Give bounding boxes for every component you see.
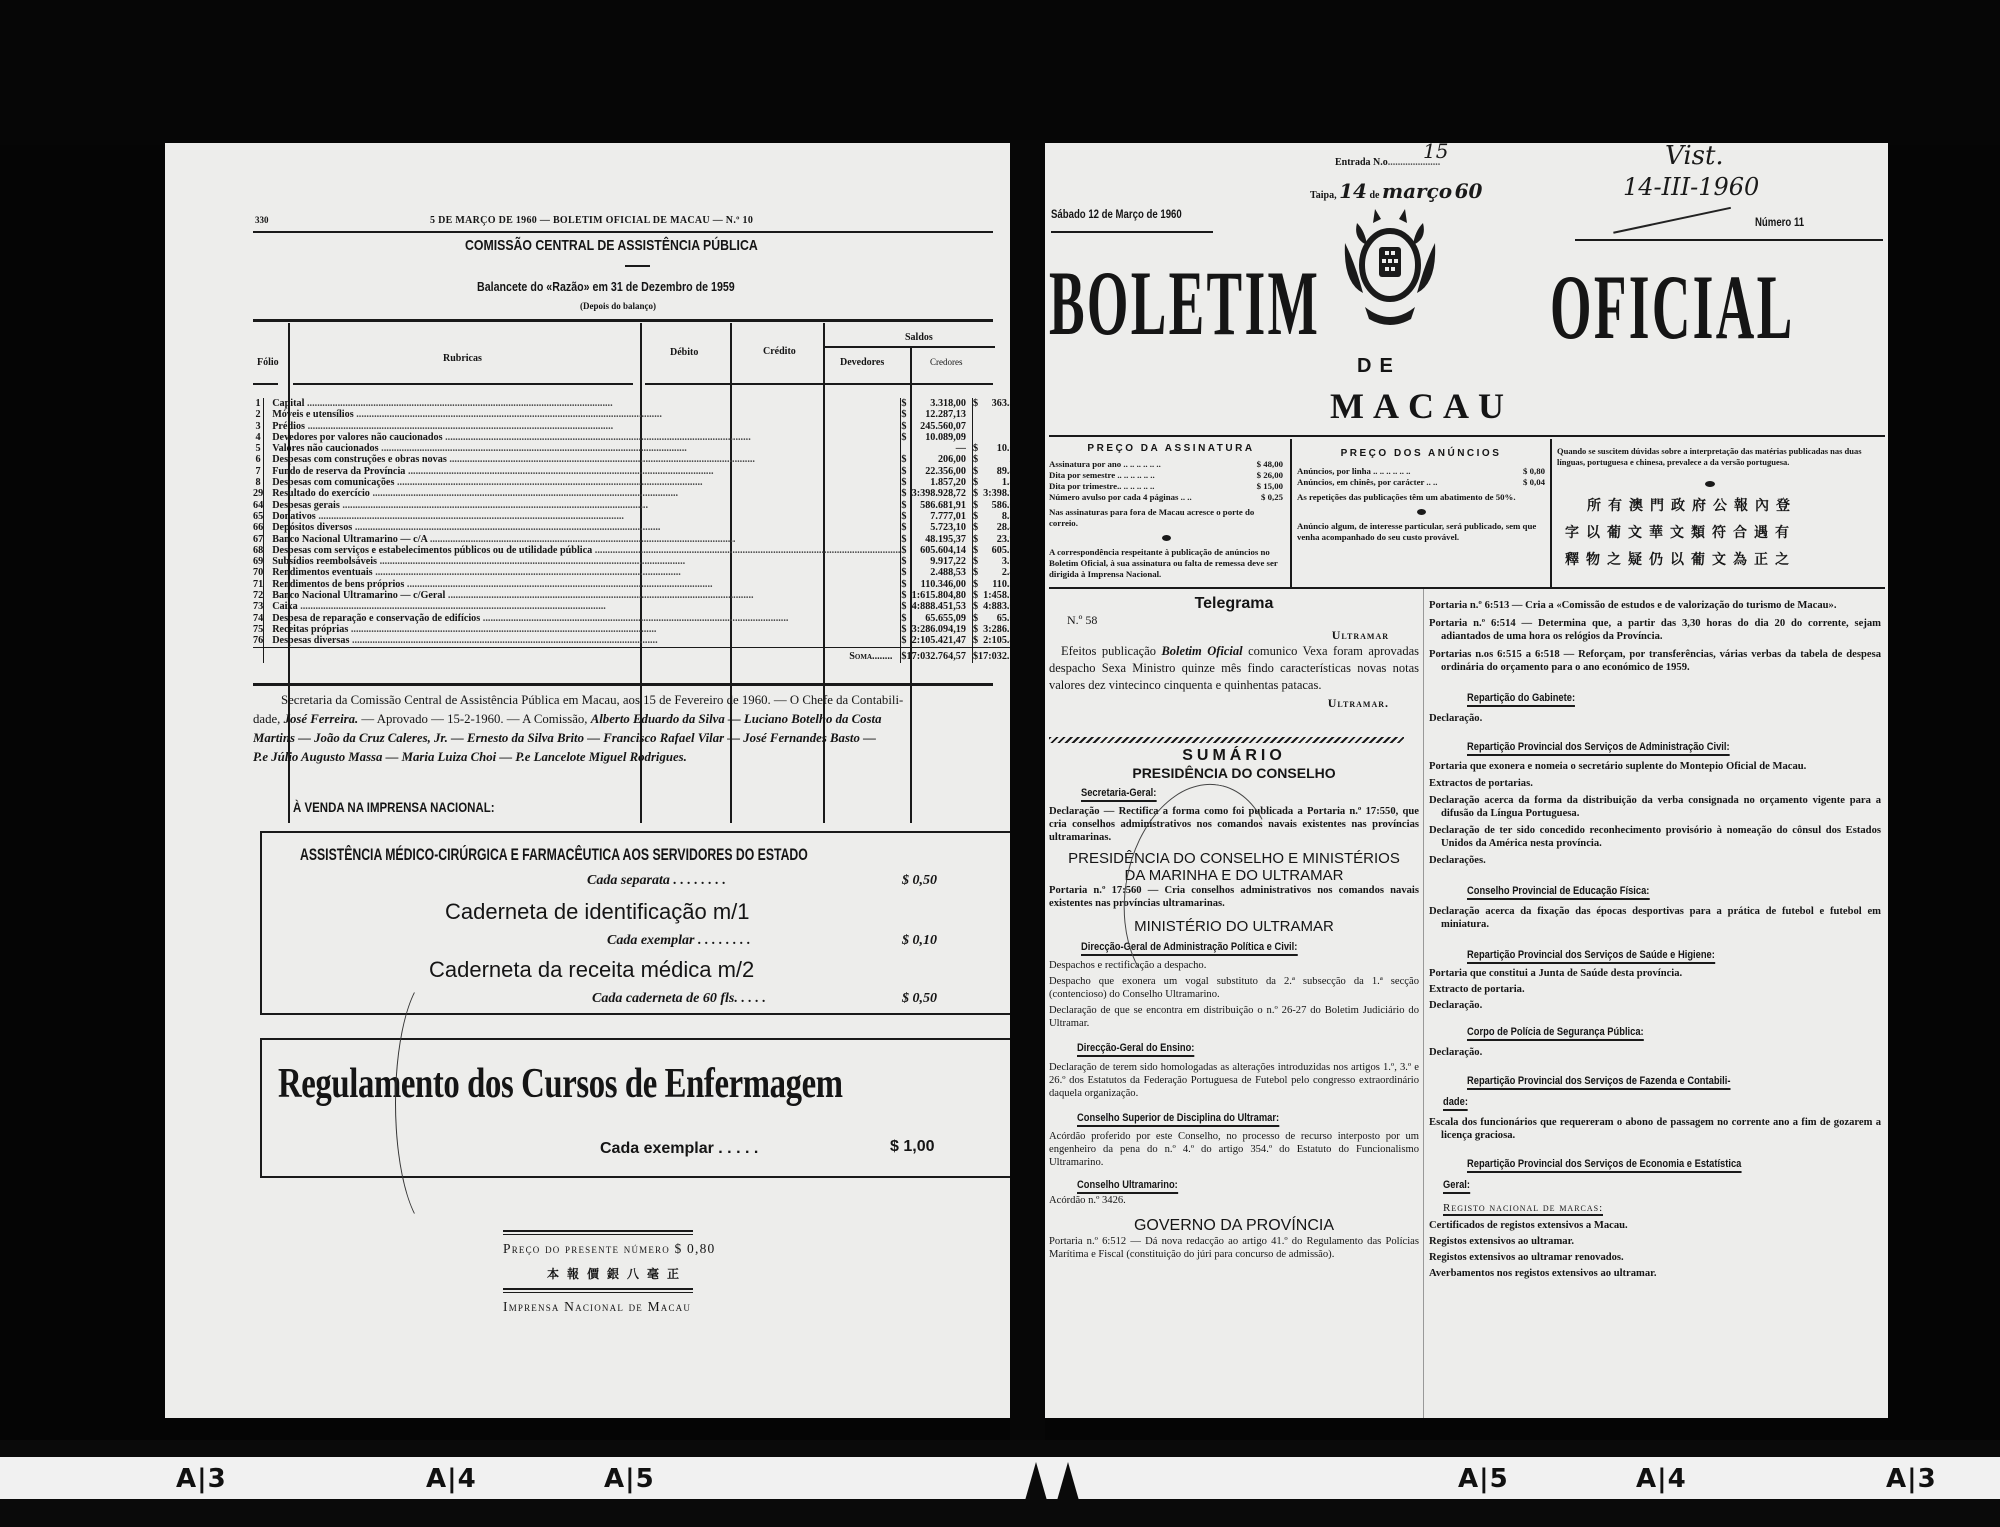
credito-cell: 4:883.689,14 xyxy=(978,601,1010,612)
summary-item: Declaração. xyxy=(1429,999,1881,1012)
debito-cell: 2.488,53 xyxy=(907,567,973,578)
issue-number: Número 11 xyxy=(1755,215,1804,229)
issue-date: Sábado 12 de Março de 1960 xyxy=(1051,207,1182,221)
leader-dots: ........................................… xyxy=(404,579,712,590)
table-row: 69Subsídios reembolsáveis ..............… xyxy=(253,556,1010,567)
rule xyxy=(645,383,993,385)
subsection-heading: Conselho Superior de Disciplina do Ultra… xyxy=(1077,1112,1279,1127)
issue-price-chinese: 本報價銀八毫正 xyxy=(547,1265,687,1282)
summary-item: Portaria n.º 6:512 — Dá nova redacção ao… xyxy=(1049,1235,1419,1261)
currency-cell: $ xyxy=(972,477,978,488)
price-row: Número avulso por cada 4 páginas .. ..$ … xyxy=(1049,492,1283,503)
price-row: Anúncios, por linha .. .. .. .. .. ..$ 0… xyxy=(1297,466,1545,477)
credito-cell: 28.489,60 xyxy=(978,522,1010,533)
folio-cell: 73 xyxy=(253,601,264,612)
debito-cell: 1.857,20 xyxy=(907,477,973,488)
currency-cell: $ xyxy=(901,398,907,409)
currency-cell: $ xyxy=(901,432,907,443)
box-note: Anúncio algum, de interesse particular, … xyxy=(1297,521,1545,543)
price-label: Anúncios, por linha .. .. .. .. .. .. xyxy=(1297,466,1411,477)
debito-cell: — xyxy=(907,443,973,454)
text: Caixa xyxy=(272,601,297,612)
subsection-heading: Repartição Provincial dos Serviços de Fa… xyxy=(1467,1075,1730,1090)
rubrica-cell: Despesas com construções e obras novas .… xyxy=(264,454,901,465)
currency-cell: $ xyxy=(972,454,978,465)
table-row: 29Resultado do exercício ...............… xyxy=(253,488,1010,499)
summary-item: Declaração de que se encontra em distrib… xyxy=(1049,1004,1419,1030)
currency-cell: $ xyxy=(972,534,978,545)
debito-cell: 206,00 xyxy=(907,454,973,465)
bullet xyxy=(1162,535,1171,541)
currency-cell: $ xyxy=(901,534,907,545)
summary-item: Portaria que constitui a Junta de Saúde … xyxy=(1429,967,1881,980)
subsection-heading: Repartição Provincial dos Serviços de Sa… xyxy=(1467,949,1715,964)
col-credito: Crédito xyxy=(763,346,796,357)
folio-cell: 4 xyxy=(253,432,264,443)
text: Valores não caucionados xyxy=(272,443,378,454)
table-row: 3Prédios ...............................… xyxy=(253,421,1010,432)
summary-item: Portarias n.os 6:515 a 6:518 — Reforçam,… xyxy=(1429,648,1881,674)
rule xyxy=(253,683,993,686)
folio-cell: 69 xyxy=(253,556,264,567)
folio-cell: 6 xyxy=(253,454,264,465)
subsection-heading: Repartição Provincial dos Serviços de Ad… xyxy=(1467,741,1730,756)
currency-cell: $ xyxy=(972,545,978,556)
credito-cell: 8.802,65 xyxy=(978,511,1010,522)
price-label: Cada separata . . . . . . . . xyxy=(587,873,726,889)
summary-item: Declaração. xyxy=(1429,1046,1881,1059)
credito-cell: 2.488,53 xyxy=(978,567,1010,578)
text: Alberto Eduardo da Silva — Luciano Botel… xyxy=(591,712,882,726)
debito-cell: 3.318,00 xyxy=(907,398,973,409)
summary-item: Declarações. xyxy=(1429,854,1881,867)
doc-title: Balancete do «Razão» em 31 de Dezembro d… xyxy=(477,279,735,294)
balance-table: 1Capital ...............................… xyxy=(253,398,1010,663)
currency-cell: $ xyxy=(972,488,978,499)
rubrica-cell: Depósitos diversos .....................… xyxy=(264,522,901,533)
currency-cell: $ xyxy=(901,590,907,601)
wavy-rule xyxy=(1049,737,1404,743)
masthead-oficial: OFICIAL xyxy=(1550,261,1795,353)
subsection-heading: dade: xyxy=(1443,1096,1468,1111)
stamp-date: Taipa, 14 de março 60 xyxy=(1310,179,1482,203)
credito-cell: 10.089,09 xyxy=(978,443,1010,454)
folio-cell: 72 xyxy=(253,590,264,601)
text: Boletim Oficial xyxy=(1161,644,1242,658)
price-label: Assinatura por ano .. .. .. .. .. .. xyxy=(1049,459,1161,470)
rule xyxy=(503,1234,693,1235)
telegram: Telegrama N.º 58 Ultramar Efeitos public… xyxy=(1049,595,1419,711)
table-row: 68Despesas com serviços e estabeleciment… xyxy=(253,545,1010,556)
price-row: Dita por trimestre.. .. .. .. .. ..$ 15,… xyxy=(1049,481,1283,492)
currency-cell: $ xyxy=(901,421,907,432)
entrada-number: 15 xyxy=(1423,143,1448,163)
rubrica-cell: Banco Nacional Ultramarino — c/A .......… xyxy=(264,534,901,545)
price-label: Cada exemplar . . . . . xyxy=(600,1140,758,1158)
text: de xyxy=(1369,190,1379,201)
language-note: Quando se suscitem dúvidas sobre a inter… xyxy=(1557,446,1882,468)
rule xyxy=(1550,439,1552,587)
price-value: $ 48,00 xyxy=(1257,459,1283,470)
leader-dots: ........................................… xyxy=(304,398,612,409)
credito-cell: 65.655,09 xyxy=(978,613,1010,624)
folio-cell: 1 xyxy=(253,398,264,409)
currency-cell: $ xyxy=(972,556,978,567)
subsection-heading: Conselho Ultramarino: xyxy=(1077,1179,1178,1194)
text: Despesas gerais xyxy=(272,500,340,511)
summary-item: Declaração de ter sido concedido reconhe… xyxy=(1429,824,1881,850)
paragraph-line: dade, José Ferreira. — Aprovado — 15-2-1… xyxy=(253,710,993,729)
ads-title: PREÇO DOS ANÚNCIOS xyxy=(1295,448,1547,459)
signature-paragraph: Secretaria da Comissão Central de Assist… xyxy=(253,691,993,767)
folio-cell: 29 xyxy=(253,488,264,499)
film-notch xyxy=(1024,1462,1048,1504)
leader-dots: ........................................… xyxy=(480,613,788,624)
text: Rendimentos eventuais xyxy=(272,567,372,578)
table-row: 66Depósitos diversos ...................… xyxy=(253,522,1010,533)
text: Móveis e utensílios xyxy=(272,409,354,420)
bullet xyxy=(1417,509,1426,515)
rule xyxy=(1049,435,1885,437)
summary-item: Registos extensivos ao ultramar renovado… xyxy=(1429,1251,1881,1264)
film-marker: A|4 xyxy=(1636,1464,1687,1494)
credito-cell: — xyxy=(978,432,1010,443)
table-row: 8Despesas com comunicações .............… xyxy=(253,477,1010,488)
debito-cell: 12.287,13 xyxy=(907,409,973,420)
text: Receitas próprias xyxy=(272,624,348,635)
section-heading: GOVERNO DA PROVÍNCIA xyxy=(1049,1217,1419,1235)
table-row: 1Capital ...............................… xyxy=(253,398,1010,409)
subsection-heading: Direcção-Geral do Ensino: xyxy=(1077,1042,1194,1057)
text: Banco Nacional Ultramarino — c/A xyxy=(272,534,427,545)
table-row: 4Devedores por valores não caucionados .… xyxy=(253,432,1010,443)
credito-cell: 206,00 xyxy=(978,454,1010,465)
rubrica-cell: Rendimentos eventuais ..................… xyxy=(264,567,901,578)
debito-cell: 48.195,37 xyxy=(907,534,973,545)
rule xyxy=(825,346,995,348)
masthead-boletim: BOLETIM xyxy=(1049,257,1320,349)
film-border-top xyxy=(0,0,2000,145)
telegram-from: Ultramar xyxy=(1049,628,1389,643)
right-page: Entrada N.o..................... 15 Taip… xyxy=(1045,143,1888,1418)
pen-mark xyxy=(395,973,475,1233)
credito-cell: 89.424,00 xyxy=(978,466,1010,477)
credito-cell: 23.967,86 xyxy=(978,534,1010,545)
total-row: Soma........$17:032.764,57$17:032.764,57… xyxy=(253,647,1010,663)
chinese-line: 所有澳門政府公報內登 xyxy=(1565,495,1797,515)
currency-cell: $ xyxy=(901,500,907,511)
credito-cell: 3:286.094,19 xyxy=(978,624,1010,635)
summary-item: Averbamentos nos registos extensivos ao … xyxy=(1429,1267,1881,1280)
rule xyxy=(1423,589,1424,1418)
leader-dots: ........................................… xyxy=(379,443,687,454)
rule xyxy=(503,1292,693,1293)
film-marker: A|5 xyxy=(604,1464,655,1494)
summary-item: Portaria n.º 6:513 — Cria a «Comissão de… xyxy=(1429,599,1881,612)
col-saldos: Saldos xyxy=(905,332,933,343)
price-row: Dita por semestre .. .. .. .. .. ..$ 26,… xyxy=(1049,470,1283,481)
debito-cell: 110.346,00 xyxy=(907,579,973,590)
ad-box-assistencia: ASSISTÊNCIA MÉDICO-CIRÚRGICA E FARMACÊUT… xyxy=(260,831,1010,1015)
handwritten-visto: Vist. xyxy=(1665,143,1724,171)
subsection-heading: Secretaria-Geral: xyxy=(1081,787,1156,802)
rubrica-cell: Despesas com serviços e estabelecimentos… xyxy=(264,545,901,556)
price-row: Assinatura por ano .. .. .. .. .. ..$ 48… xyxy=(1049,459,1283,470)
currency-cell: $ xyxy=(901,522,907,533)
leader-dots: ........................................… xyxy=(447,454,755,465)
chinese-line: 字以葡文華文類符合遇有 xyxy=(1565,522,1797,542)
bullet xyxy=(1705,481,1715,487)
credito-cell: 363.376,77 xyxy=(978,398,1010,409)
currency-cell: $ xyxy=(901,511,907,522)
rule xyxy=(503,1288,693,1290)
table-row: 76Despesas diversas ....................… xyxy=(253,635,1010,647)
masthead-de: DE xyxy=(1357,355,1401,378)
text: Subsídios reembolsáveis xyxy=(272,556,377,567)
rubrica-cell: Devedores por valores não caucionados ..… xyxy=(264,432,901,443)
rubrica-cell: Móveis e utensílios ....................… xyxy=(264,409,901,420)
price-label: Dita por semestre .. .. .. .. .. .. xyxy=(1049,470,1155,481)
text: Taipa, xyxy=(1310,190,1337,201)
col-devedores: Devedores xyxy=(840,357,884,368)
debito-cell: 2:105.421,47 xyxy=(907,635,973,647)
table-row: 75Receitas próprias ....................… xyxy=(253,624,1010,635)
total-debito: 17:032.764,57 xyxy=(907,647,973,663)
currency-cell: $ xyxy=(901,454,907,465)
rule xyxy=(1049,587,1885,589)
col-debito: Débito xyxy=(670,347,698,358)
price-value: $ 26,00 xyxy=(1257,470,1283,481)
text: — Aprovado — 15-2-1960. — A Comissão, xyxy=(358,712,590,726)
folio-cell: 76 xyxy=(253,635,264,647)
paragraph-line: Secretaria da Comissão Central de Assist… xyxy=(253,691,993,710)
summary-col-2: Portaria n.º 6:513 — Cria a «Comissão de… xyxy=(1429,595,1881,1280)
leader-dots: ........................................… xyxy=(377,556,685,567)
box-note: Nas assinaturas para fora de Macau acres… xyxy=(1049,507,1283,529)
debito-cell: 605.604,14 xyxy=(907,545,973,556)
table-row: 65Donativos ............................… xyxy=(253,511,1010,522)
subscription-title: PREÇO DA ASSINATURA xyxy=(1055,443,1287,454)
summary-title: SUMÁRIO xyxy=(1049,747,1419,765)
currency-cell: $ xyxy=(901,635,907,647)
summary-item: Escala dos funcionários que requereram o… xyxy=(1429,1116,1881,1142)
credito-cell: 2:105.421,47 xyxy=(978,635,1010,647)
price-label: Cada exemplar . . . . . . . . xyxy=(607,933,751,949)
subsection-heading: Repartição do Gabinete: xyxy=(1467,692,1575,707)
folio-cell xyxy=(253,647,264,663)
currency-cell: $ xyxy=(901,624,907,635)
price-label: Cada caderneta de 60 fls. . . . . xyxy=(592,991,766,1007)
debito-cell: 22.356,00 xyxy=(907,466,973,477)
film-marker-strip xyxy=(0,1457,2000,1499)
currency-cell: $ xyxy=(901,613,907,624)
telegram-signature: Ultramar. xyxy=(1049,696,1389,711)
currency-cell: $ xyxy=(972,590,978,601)
table-row: 6Despesas com construções e obras novas … xyxy=(253,454,1010,465)
debito-cell: 245.560,07 xyxy=(907,421,973,432)
currency-cell: $ xyxy=(972,466,978,477)
folio-cell: 3 xyxy=(253,421,264,432)
folio-cell: 65 xyxy=(253,511,264,522)
table-row: 73Caixa ................................… xyxy=(253,601,1010,612)
summary-item: Portaria que exonera e nomeia o secretár… xyxy=(1429,760,1881,773)
summary-item: Declaração acerca da forma da distribuiç… xyxy=(1429,794,1881,820)
leader-dots: ........................................… xyxy=(348,624,656,635)
rubrica-cell: Despesas diversas ......................… xyxy=(264,635,901,647)
text: Prédios xyxy=(272,421,305,432)
text: Depósitos diversos xyxy=(272,522,352,533)
film-marker: A|3 xyxy=(1886,1464,1937,1494)
rubrica-cell: Despesas com comunicações ..............… xyxy=(264,477,901,488)
folio-cell: 71 xyxy=(253,579,264,590)
currency-cell: $ xyxy=(972,567,978,578)
currency-cell: $ xyxy=(972,398,978,409)
leader-dots: ........................................… xyxy=(340,500,648,511)
text: Capital xyxy=(272,398,304,409)
text: Banco Nacional Ultramarino — c/Geral xyxy=(272,590,445,601)
credito-cell: 605.604,14 xyxy=(978,545,1010,556)
rubrica-cell: Subsídios reembolsáveis ................… xyxy=(264,556,901,567)
rubrica-cell: Despesa de reparação e conservação de ed… xyxy=(264,613,901,624)
total-label: Soma........ xyxy=(264,647,901,663)
subsection-heading: Repartição Provincial dos Serviços de Ec… xyxy=(1467,1158,1741,1173)
price-value: $ 0,50 xyxy=(902,873,937,889)
summary-item: Extracto de portaria. xyxy=(1429,983,1881,996)
text: 60 xyxy=(1455,179,1483,203)
folio-cell: 67 xyxy=(253,534,264,545)
rule xyxy=(1290,439,1292,587)
text: Rendimentos de bens próprios xyxy=(272,579,404,590)
folio-cell: 66 xyxy=(253,522,264,533)
table-row: 7Fundo de reserva da Província .........… xyxy=(253,466,1010,477)
credito-cell: 3:398.928,72 xyxy=(978,488,1010,499)
rule xyxy=(293,383,633,385)
currency-cell: $ xyxy=(901,579,907,590)
summary-item: Extractos de portarias. xyxy=(1429,777,1881,790)
folio-cell: 7 xyxy=(253,466,264,477)
folio-cell: 70 xyxy=(253,567,264,578)
box-note: A correspondência respeitante à publicaç… xyxy=(1049,547,1283,580)
rubrica-cell: Receitas próprias ......................… xyxy=(264,624,901,635)
page-gutter xyxy=(1010,140,1045,1460)
doc-subtitle: (Depois do balanço) xyxy=(580,301,656,311)
currency-cell: $ xyxy=(901,488,907,499)
rubrica-cell: Valores não caucionados ................… xyxy=(264,443,901,454)
paragraph-line: P.e Júlio Augusto Massa — Maria Luiza Ch… xyxy=(253,750,687,764)
ad-box-enfermagem: Regulamento dos Cursos de Enfermagem Cad… xyxy=(260,1038,1010,1178)
table-row: 71Rendimentos de bens próprios .........… xyxy=(253,579,1010,590)
rubrica-cell: Fundo de reserva da Província ..........… xyxy=(264,466,901,477)
subscription-box: Assinatura por ano .. .. .. .. .. ..$ 48… xyxy=(1049,459,1283,580)
rubrica-cell: Capital ................................… xyxy=(264,398,901,409)
credito-cell: 1:458.031,21 xyxy=(978,590,1010,601)
price-value: $ 15,00 xyxy=(1257,481,1283,492)
page-number: 330 xyxy=(255,215,269,225)
telegram-title: Telegrama xyxy=(1049,595,1419,613)
text: Despesa de reparação e conservação de ed… xyxy=(272,613,480,624)
rubrica-cell: Donativos ..............................… xyxy=(264,511,901,522)
currency-cell: $ xyxy=(901,477,907,488)
masthead-macau: MACAU xyxy=(1330,385,1513,427)
ad-title: ASSISTÊNCIA MÉDICO-CIRÚRGICA E FARMACÊUT… xyxy=(300,845,808,865)
press-name: Imprensa Nacional de Macau xyxy=(503,1299,691,1315)
currency-cell: $ xyxy=(901,601,907,612)
ad-title: Regulamento dos Cursos de Enfermagem xyxy=(278,1060,843,1108)
rule xyxy=(253,319,993,322)
table-row: 70Rendimentos eventuais ................… xyxy=(253,567,1010,578)
price-value: $ 0,25 xyxy=(1261,492,1283,503)
text: Donativos xyxy=(272,511,316,522)
film-marker: A|4 xyxy=(426,1464,477,1494)
leader-dots: ........................................… xyxy=(305,421,613,432)
col-folio: Fólio xyxy=(257,357,279,368)
currency-cell: $ xyxy=(972,635,978,647)
debito-cell: 3:286.094,19 xyxy=(907,624,973,635)
folio-cell: 74 xyxy=(253,613,264,624)
debito-cell: 4:888.451,53 xyxy=(907,601,973,612)
text: dade, xyxy=(253,712,284,726)
summary-item: Acórdão proferido por este Conselho, no … xyxy=(1049,1130,1419,1169)
credito-cell: — xyxy=(978,421,1010,432)
leader-dots: ........................................… xyxy=(373,567,681,578)
leader-dots: ........................................… xyxy=(394,477,702,488)
currency-cell: $ xyxy=(972,443,978,454)
currency-cell: $ xyxy=(901,409,907,420)
rule xyxy=(253,231,993,233)
rubrica-cell: Resultado do exercício .................… xyxy=(264,488,901,499)
folio-cell: 2 xyxy=(253,409,264,420)
credito-cell: 586.681,91 xyxy=(978,500,1010,511)
currency-cell: $ xyxy=(901,545,907,556)
summary-item: Certificados de registos extensivos a Ma… xyxy=(1429,1219,1881,1232)
table-row: 5Valores não caucionados ...............… xyxy=(253,443,1010,454)
credito-cell: 1.857,20 xyxy=(978,477,1010,488)
text: José Ferreira. xyxy=(284,712,359,726)
col-rubricas: Rubricas xyxy=(443,353,482,364)
debito-cell: 586.681,91 xyxy=(907,500,973,511)
ads-box: Anúncios, por linha .. .. .. .. .. ..$ 0… xyxy=(1297,466,1545,543)
text: Entrada N.o xyxy=(1335,157,1388,168)
price-label: Número avulso por cada 4 páginas .. .. xyxy=(1049,492,1192,503)
section-heading: PRESIDÊNCIA DO CONSELHO xyxy=(1049,765,1419,781)
price-value: $ 0,80 xyxy=(1523,466,1545,477)
text: Devedores por valores não caucionados xyxy=(272,432,442,443)
rubrica-cell: Prédios ................................… xyxy=(264,421,901,432)
text: Despesas com construções e obras novas xyxy=(272,454,447,465)
summary-item: Portaria n.º 6:514 — Determina que, a pa… xyxy=(1429,617,1881,643)
signature-scribble xyxy=(1613,207,1737,261)
debito-cell: 3:398.928,72 xyxy=(907,488,973,499)
sale-heading: À VENDA NA IMPRENSA NACIONAL: xyxy=(293,799,495,815)
rule xyxy=(1575,239,1883,241)
org-title: COMISSÃO CENTRAL DE ASSISTÊNCIA PÚBLICA xyxy=(465,237,758,254)
subsection-heading: Registo nacional de marcas: xyxy=(1443,1202,1603,1216)
currency-cell: $ xyxy=(972,601,978,612)
ad-item: Caderneta da receita médica m/2 xyxy=(429,957,754,983)
currency-cell: $ xyxy=(972,613,978,624)
leader-dots: ........................................… xyxy=(349,635,657,646)
paragraph-line: Martins — João da Cruz Caleres, Jr. — Er… xyxy=(253,731,876,745)
text: março xyxy=(1382,179,1452,203)
price-value: $ 0,50 xyxy=(902,991,937,1007)
table-row: 2Móveis e utensílios ...................… xyxy=(253,409,1010,420)
issue-price: Preço do presente número $ 0,80 xyxy=(503,1241,715,1257)
price-value: $ 0,10 xyxy=(902,933,937,949)
telegram-number: N.º 58 xyxy=(1067,613,1419,628)
debito-cell: 5.723,10 xyxy=(907,522,973,533)
text: Despesas com comunicações xyxy=(272,477,394,488)
text: Efeitos publicação xyxy=(1061,644,1161,658)
